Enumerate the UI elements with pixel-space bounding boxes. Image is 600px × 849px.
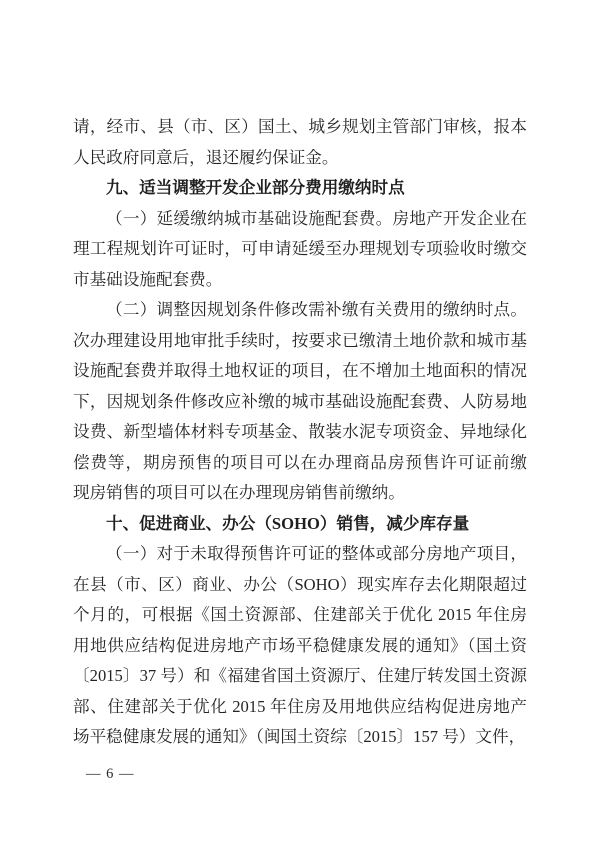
page-number: — 6 — — [86, 763, 135, 785]
text-line: 场平稳健康发展的通知》（闽国土资综〔2015〕157 号）文件， — [73, 722, 527, 753]
text-line: 设施配套费并取得土地权证的项目，在不增加土地面积的情况 — [73, 356, 527, 387]
text-line: 部、住建部关于优化 2015 年住房及用地供应结构促进房地产市 — [73, 692, 527, 723]
section-heading: 十、促进商业、办公（SOHO）销售，减少库存量 — [73, 509, 527, 540]
text-line: 设费、新型墙体材料专项基金、散装水泥专项资金、异地绿化补 — [73, 417, 527, 448]
text-line: 用地供应结构促进房地产市场平稳健康发展的通知》（国土资发 — [73, 631, 527, 662]
text-line: 下，因规划条件修改应补缴的城市基础设施配套费、人防易地建 — [73, 387, 527, 418]
section-heading: 九、适当调整开发企业部分费用缴纳时点 — [73, 173, 527, 204]
text-line: 理工程规划许可证时，可申请延缓至办理规划专项验收时缴交城 — [73, 234, 527, 265]
text-line: 请，经市、县（市、区）国土、城乡规划主管部门审核，报本级 — [73, 112, 527, 143]
text-line: 〔2015〕37 号）和《福建省国土资源厅、住建厅转发国土资源 — [73, 661, 527, 692]
text-line: （一）对于未取得预售许可证的整体或部分房地产项目，所 — [73, 539, 527, 570]
text-line: 在县（市、区）商业、办公（SOHO）现实库存去化期限超过 24 — [73, 570, 527, 601]
document-page: 请，经市、县（市、区）国土、城乡规划主管部门审核，报本级人民政府同意后，退还履约… — [0, 0, 600, 849]
text-line: （一）延缓缴纳城市基础设施配套费。房地产开发企业在办 — [73, 204, 527, 235]
text-line: 现房销售的项目可以在办理现房销售前缴纳。 — [73, 478, 527, 509]
text-line: 次办理建设用地审批手续时，按要求已缴清土地价款和城市基础 — [73, 326, 527, 357]
text-line: 人民政府同意后，退还履约保证金。 — [73, 143, 527, 174]
document-body: 请，经市、县（市、区）国土、城乡规划主管部门审核，报本级人民政府同意后，退还履约… — [73, 112, 527, 753]
text-line: 市基础设施配套费。 — [73, 265, 527, 296]
text-line: 偿费等，期房预售的项目可以在办理商品房预售许可证前缴纳， — [73, 448, 527, 479]
text-line: （二）调整因规划条件修改需补缴有关费用的缴纳时点。首 — [73, 295, 527, 326]
text-line: 个月的，可根据《国土资源部、住建部关于优化 2015 年住房及 — [73, 600, 527, 631]
